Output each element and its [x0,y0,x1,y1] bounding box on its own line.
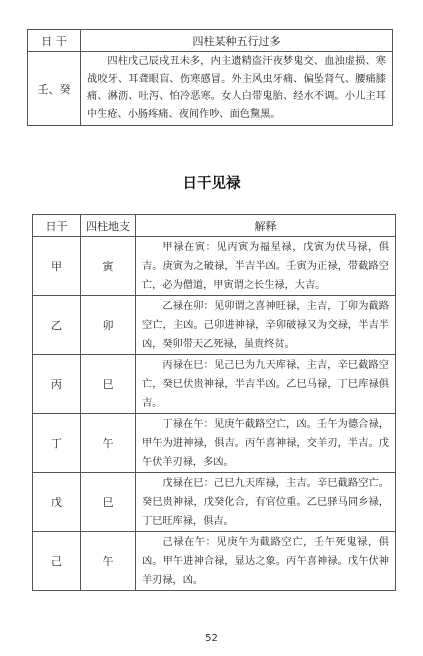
stem-cell: 乙 [33,296,81,355]
branch-cell: 卯 [81,296,136,355]
branch-cell: 午 [81,414,136,473]
explanation-cell: 己禄在午：见庚午为截路空亡，壬午死鬼禄，俱凶。甲午进神合禄，显达之象。丙午喜神禄… [136,532,396,591]
table-header-row: 日干 四柱地支 解释 [33,215,396,237]
branch-cell: 巳 [81,355,136,414]
table-row: 丙 巳 丙禄在巳：见己巳为九天库禄，主吉，辛巳截路空亡，癸巳伏贵神禄，半吉半凶。… [33,355,396,414]
explanation-cell: 丁禄在午：见庚午截路空亡，凶。壬午为德合禄，甲午为进神禄，俱吉。丙午喜神禄，交羊… [136,414,396,473]
explanation-cell: 戊禄在巳：己巳九天库禄，主吉。辛巳截路空亡。癸巳贵神禄，戊癸化合，有官位重。乙巳… [136,473,396,532]
header-branch: 四柱地支 [81,215,136,237]
header-day-stem: 日干 [33,215,81,237]
explanation-cell: 甲禄在寅：见丙寅为福星禄，戊寅为伏马禄，俱吉。庚寅为之破禄，半吉半凶。壬寅为正禄… [136,237,396,296]
stem-cell: 己 [33,532,81,591]
page-number: 52 [0,633,423,644]
table-row: 戊 巳 戊禄在巳：己巳九天库禄，主吉。辛巳截路空亡。癸巳贵神禄，戊癸化合，有官位… [33,473,396,532]
table-row: 己 午 己禄在午：见庚午为截路空亡，壬午死鬼禄，俱凶。甲午进神合禄，显达之象。丙… [33,532,396,591]
stem-cell: 丙 [33,355,81,414]
stem-cell: 戊 [33,473,81,532]
branch-cell: 午 [81,532,136,591]
table-header-row: 日 干 四柱某种五行过多 [28,30,393,52]
stem-cell: 丁 [33,414,81,473]
table-row: 乙 卯 乙禄在卯：见卯谓之喜神旺禄，主吉，丁卯为截路空亡，主凶。己卯进神禄，辛卯… [33,296,396,355]
section-title: 日干见禄 [0,172,423,193]
header-explanation: 解释 [136,215,396,237]
header-day-stem: 日 干 [28,30,81,52]
header-excess-elements: 四柱某种五行过多 [81,30,393,52]
stem-cell: 甲 [33,237,81,296]
day-stem-cell: 壬、癸 [28,52,81,126]
day-stem-lu-table: 日干 四柱地支 解释 甲 寅 甲禄在寅：见丙寅为福星禄，戊寅为伏马禄，俱吉。庚寅… [32,214,396,591]
excess-elements-table: 日 干 四柱某种五行过多 壬、癸 四柱戊己辰戌丑未多，内主遗精盗汗夜梦鬼交、血浊… [27,29,393,126]
branch-cell: 寅 [81,237,136,296]
table-row: 壬、癸 四柱戊己辰戌丑未多，内主遗精盗汗夜梦鬼交、血浊虚损、寒战咬牙、耳聋眼盲、… [28,52,393,126]
description-cell: 四柱戊己辰戌丑未多，内主遗精盗汗夜梦鬼交、血浊虚损、寒战咬牙、耳聋眼盲、伤寒感冒… [81,52,393,126]
table-row: 丁 午 丁禄在午：见庚午截路空亡，凶。壬午为德合禄，甲午为进神禄，俱吉。丙午喜神… [33,414,396,473]
table-row: 甲 寅 甲禄在寅：见丙寅为福星禄，戊寅为伏马禄，俱吉。庚寅为之破禄，半吉半凶。壬… [33,237,396,296]
explanation-cell: 乙禄在卯：见卯谓之喜神旺禄，主吉，丁卯为截路空亡，主凶。己卯进神禄，辛卯破禄又为… [136,296,396,355]
explanation-cell: 丙禄在巳：见己巳为九天库禄，主吉，辛巳截路空亡，癸巳伏贵神禄，半吉半凶。乙巳马禄… [136,355,396,414]
branch-cell: 巳 [81,473,136,532]
